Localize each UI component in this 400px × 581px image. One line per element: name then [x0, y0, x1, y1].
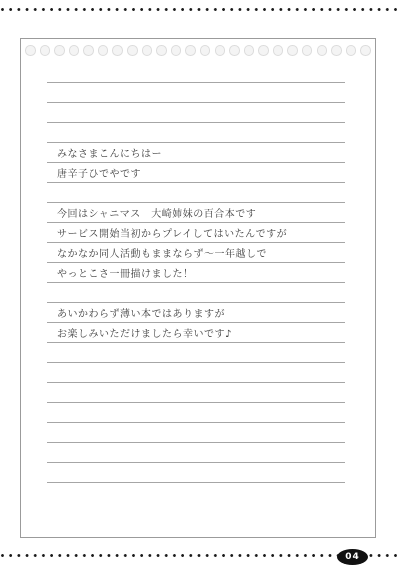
handwritten-line — [47, 123, 345, 143]
handwritten-line — [47, 443, 345, 463]
binding-hole-icon — [244, 45, 255, 56]
handwritten-line — [47, 343, 345, 363]
handwritten-line — [47, 403, 345, 423]
binding-hole-icon — [360, 45, 371, 56]
handwritten-line: やっとこさ一冊描けました！ — [47, 263, 345, 283]
handwritten-line: あいかわらず薄い本ではありますが — [47, 303, 345, 323]
binding-hole-icon — [54, 45, 65, 56]
page-number: 04 — [345, 553, 360, 562]
binding-hole-icon — [40, 45, 51, 56]
binding-hole-icon — [156, 45, 167, 56]
handwritten-line: 今回はシャニマス 大崎姉妹の百合本です — [47, 203, 345, 223]
binding-holes-row — [25, 44, 371, 57]
binding-hole-icon — [185, 45, 196, 56]
binding-hole-icon — [112, 45, 123, 56]
handwritten-line — [47, 103, 345, 123]
handwritten-line — [47, 423, 345, 443]
handwritten-line — [47, 363, 345, 383]
binding-hole-icon — [229, 45, 240, 56]
notebook-paper: みなさまこんにちはー唐辛子ひでやです今回はシャニマス 大崎姉妹の百合本ですサービ… — [20, 38, 376, 538]
handwritten-line — [47, 283, 345, 303]
binding-hole-icon — [69, 45, 80, 56]
handwritten-line — [47, 63, 345, 83]
binding-hole-icon — [331, 45, 342, 56]
binding-hole-icon — [83, 45, 94, 56]
binding-hole-icon — [215, 45, 226, 56]
ruled-lines: みなさまこんにちはー唐辛子ひでやです今回はシャニマス 大崎姉妹の百合本ですサービ… — [47, 63, 345, 483]
handwritten-line: サービス開始当初からプレイしてはいたんですが — [47, 223, 345, 243]
binding-hole-icon — [98, 45, 109, 56]
binding-hole-icon — [287, 45, 298, 56]
binding-hole-icon — [258, 45, 269, 56]
handwritten-line: みなさまこんにちはー — [47, 143, 345, 163]
handwritten-line — [47, 183, 345, 203]
handwritten-line — [47, 383, 345, 403]
handwritten-line — [47, 463, 345, 483]
handwritten-line: お楽しみいただけましたら幸いです♪ — [47, 323, 345, 343]
binding-hole-icon — [142, 45, 153, 56]
page-number-badge: 04 — [337, 549, 368, 565]
handwritten-line — [47, 83, 345, 103]
binding-hole-icon — [200, 45, 211, 56]
scanned-page: みなさまこんにちはー唐辛子ひでやです今回はシャニマス 大崎姉妹の百合本ですサービ… — [0, 0, 400, 581]
binding-hole-icon — [273, 45, 284, 56]
binding-hole-icon — [127, 45, 138, 56]
handwritten-line: なかなか同人活動もままならず〜一年越しで — [47, 243, 345, 263]
top-dotted-border — [0, 7, 400, 12]
binding-hole-icon — [25, 45, 36, 56]
binding-hole-icon — [317, 45, 328, 56]
binding-hole-icon — [171, 45, 182, 56]
binding-hole-icon — [302, 45, 313, 56]
binding-hole-icon — [346, 45, 357, 56]
handwritten-line: 唐辛子ひでやです — [47, 163, 345, 183]
